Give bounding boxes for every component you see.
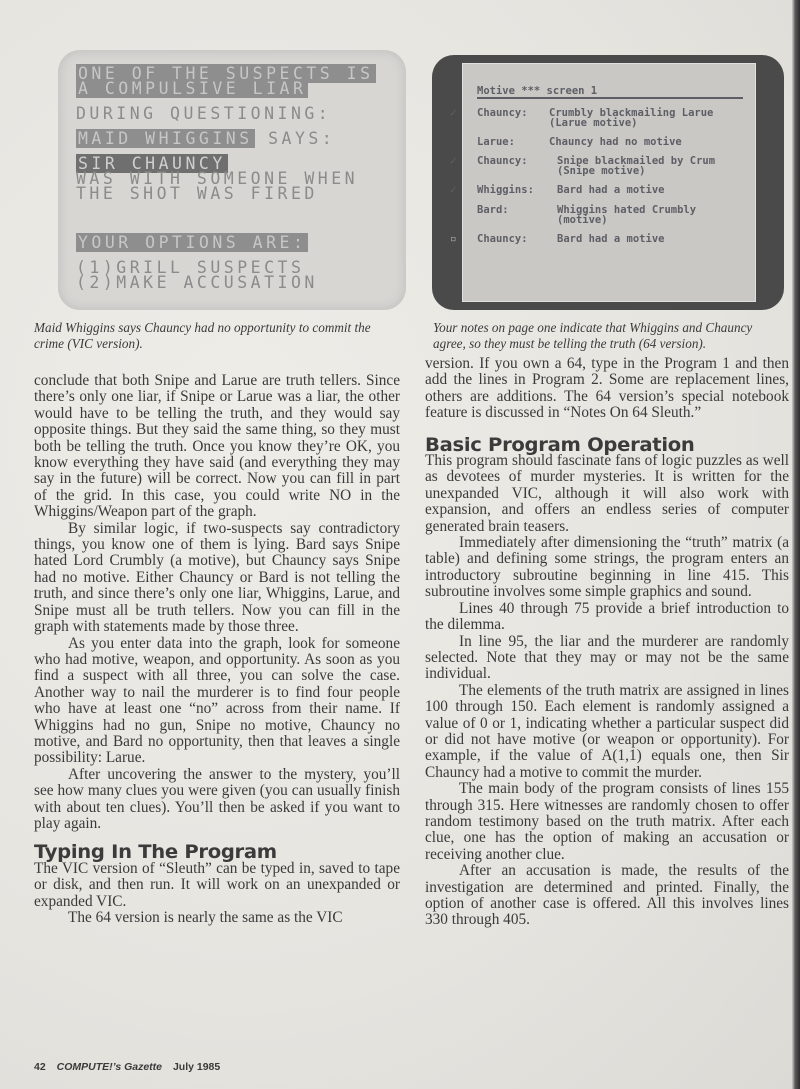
body-paragraph: version. If you own a 64, type in the Pr…: [425, 356, 789, 422]
section-heading-basic-operation: Basic Program Operation: [425, 437, 800, 453]
c64-speaker: Bard:: [477, 205, 509, 215]
vic-reverse-text: A COMPULSIVE LIAR: [76, 79, 308, 98]
c64-speaker: Chauncy:: [477, 156, 528, 166]
c64-statement: Chauncy had no motive: [549, 137, 682, 147]
vic-screen-line: DURING QUESTIONING:: [76, 106, 392, 121]
vic-text: (2)MAKE ACCUSATION: [76, 273, 318, 292]
vic-caption: Maid Whiggins says Chauncy had no opport…: [34, 320, 394, 352]
vic-screenshot: ONE OF THE SUSPECTS ISA COMPULSIVE LIARD…: [58, 50, 406, 310]
body-paragraph: In line 95, the liar and the murderer ar…: [425, 634, 789, 683]
vic-screen-line: A COMPULSIVE LIAR: [76, 81, 392, 96]
c64-statement: Bard had a motive: [557, 185, 664, 195]
c64-screenshot: Motive *** screen 1 ✓Chauncy:Crumbly bla…: [432, 55, 784, 310]
section-heading-typing: Typing In The Program: [34, 844, 411, 860]
checkmark-icon: ✓: [450, 108, 457, 118]
page-edge-shadow: [792, 0, 800, 1089]
vic-screen-line: YOUR OPTIONS ARE:: [76, 235, 392, 250]
vic-reverse-text: YOUR OPTIONS ARE:: [76, 233, 308, 252]
c64-speaker: Larue:: [477, 137, 515, 147]
page-footer: 42 COMPUTE!’s Gazette July 1985: [34, 1061, 220, 1073]
right-column: version. If you own a 64, type in the Pr…: [425, 356, 789, 929]
left-column: conclude that both Snipe and Larue are t…: [34, 373, 400, 926]
body-paragraph: As you enter data into the graph, look f…: [34, 636, 400, 767]
body-paragraph: The VIC version of “Sleuth” can be typed…: [34, 861, 400, 910]
c64-statement: Snipe blackmailed by Crum (Snipe motive): [557, 156, 715, 176]
c64-screen: Motive *** screen 1 ✓Chauncy:Crumbly bla…: [462, 63, 756, 302]
vic-reverse-text: MAID WHIGGINS: [76, 129, 255, 148]
body-paragraph: This program should fascinate fans of lo…: [425, 453, 789, 535]
issue-date: July 1985: [173, 1061, 220, 1073]
vic-screen-line: MAID WHIGGINS SAYS:: [76, 131, 392, 146]
body-paragraph: The 64 version is nearly the same as the…: [34, 910, 400, 926]
body-paragraph: conclude that both Snipe and Larue are t…: [34, 373, 400, 521]
vic-screen-line: (2)MAKE ACCUSATION: [76, 275, 392, 290]
vic-screen-text: ONE OF THE SUSPECTS ISA COMPULSIVE LIARD…: [76, 66, 392, 296]
body-paragraph: The elements of the truth matrix are ass…: [425, 683, 789, 781]
checkmark-icon: ✓: [450, 156, 457, 166]
c64-screen-title: Motive *** screen 1: [477, 86, 743, 99]
vic-screen-line: THE SHOT WAS FIRED: [76, 186, 392, 201]
unchecked-icon: ▫: [450, 234, 457, 244]
c64-statement: Bard had a motive: [557, 234, 664, 244]
body-paragraph: By similar logic, if two-suspects say co…: [34, 521, 400, 636]
body-paragraph: After an accusation is made, the results…: [425, 863, 789, 929]
c64-caption: Your notes on page one indicate that Whi…: [433, 320, 773, 352]
c64-statement: Crumbly blackmailing Larue (Larue motive…: [549, 108, 713, 128]
vic-text: SAYS:: [255, 129, 336, 148]
c64-speaker: Chauncy:: [477, 234, 528, 244]
checkmark-icon: ✓: [450, 185, 457, 195]
c64-speaker: Whiggins:: [477, 185, 534, 195]
publication-name: COMPUTE!’s Gazette: [57, 1061, 162, 1073]
c64-speaker: Chauncy:: [477, 108, 528, 118]
vic-text: THE SHOT WAS FIRED: [76, 184, 318, 203]
vic-text: DURING QUESTIONING:: [76, 104, 331, 123]
page-number: 42: [34, 1061, 46, 1073]
body-paragraph: Immediately after dimensioning the “trut…: [425, 535, 789, 601]
body-paragraph: The main body of the program consists of…: [425, 781, 789, 863]
c64-statement: Whiggins hated Crumbly (motive): [557, 205, 696, 225]
body-paragraph: Lines 40 through 75 provide a brief intr…: [425, 601, 789, 634]
body-paragraph: After uncovering the answer to the myste…: [34, 767, 400, 833]
